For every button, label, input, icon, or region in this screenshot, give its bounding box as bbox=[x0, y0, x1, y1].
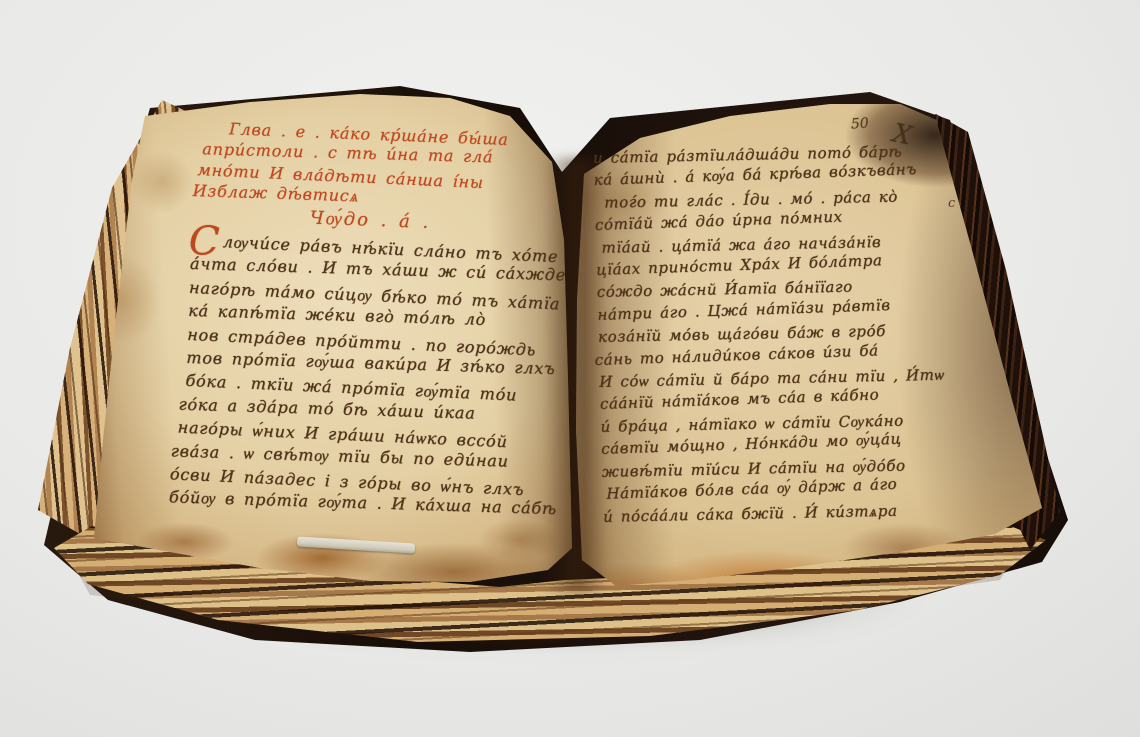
left-page-text-block: Глва . е . ка́ко кр́ша́не бы́шаапри́стол… bbox=[181, 117, 568, 524]
left-page-body-text: С лѹчи́се ра́въ нѣ́кїи сла́но тъ хо́теа́… bbox=[181, 229, 564, 524]
folio-number: 50 bbox=[850, 115, 869, 132]
right-page-text-block: и са́тїа ра́зтїила́дша́ди пото́ ба́рѣка́… bbox=[593, 137, 955, 528]
red-rubric-heading: Глва . е . ка́ко кр́ша́не бы́шаапри́стол… bbox=[192, 117, 567, 215]
right-page-body-text: и са́тїа ра́зтїила́дша́ди пото́ ба́рѣка́… bbox=[593, 137, 955, 528]
photo-of-open-manuscript-book: Глва . е . ка́ко кр́ша́не бы́шаапри́стол… bbox=[0, 0, 1140, 737]
margin-annotation-mark: с bbox=[948, 196, 955, 211]
